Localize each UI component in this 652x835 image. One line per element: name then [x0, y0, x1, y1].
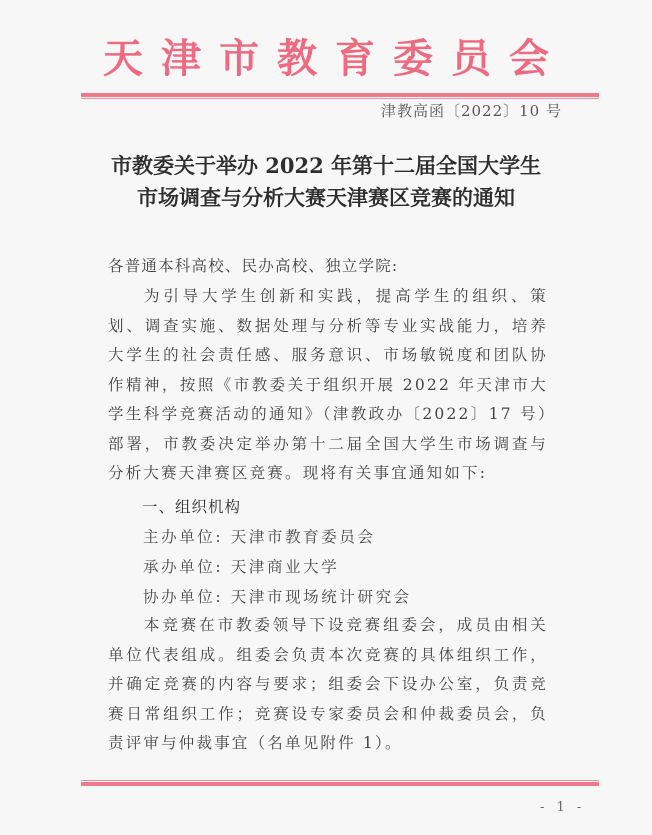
- paragraph-intro: 为引导大学生创新和实践，提高学生的组织、策划、调查实施、数据处理与分析等专业实战…: [108, 282, 548, 489]
- document-title: 市教委关于举办 2022 年第十二届全国大学生 市场调查与分析大赛天津赛区竞赛的…: [0, 150, 652, 214]
- document-number: 津教高函〔2022〕10 号: [381, 100, 562, 121]
- organizer-value: 天津市教育委员会: [231, 528, 376, 546]
- co-organizer-label: 协办单位:: [143, 588, 223, 606]
- red-rule-thick: [81, 93, 599, 97]
- host-label: 承办单位:: [143, 558, 223, 576]
- red-rule-thick: [81, 782, 599, 786]
- paragraph-committee: 本竞赛在市教委领导下设竞赛组委会，成员由相关单位代表组成。组委会负责本次竞赛的具…: [108, 611, 548, 759]
- issuer-masthead: 天津市教育委员会: [0, 34, 652, 84]
- footer-red-rule: [81, 780, 599, 786]
- organizer-label: 主办单位:: [143, 528, 223, 546]
- red-rule-thin: [81, 780, 599, 781]
- section-heading-organization: 一、组织机构: [142, 495, 241, 517]
- document-page: 天津市教育委员会 津教高函〔2022〕10 号 市教委关于举办 2022 年第十…: [0, 0, 652, 835]
- red-rule-thin: [81, 98, 599, 99]
- title-line-2: 市场调查与分析大赛天津赛区竞赛的通知: [0, 182, 652, 214]
- host-value: 天津商业大学: [231, 558, 340, 576]
- co-organizer-value: 天津市现场统计研究会: [231, 588, 412, 606]
- host-line: 承办单位: 天津商业大学: [143, 555, 339, 577]
- co-organizer-line: 协办单位: 天津市现场统计研究会: [143, 585, 412, 607]
- organizer-line: 主办单位: 天津市教育委员会: [143, 525, 376, 547]
- header-red-rule: [81, 93, 599, 99]
- salutation: 各普通本科高校、民办高校、独立学院:: [108, 252, 548, 282]
- title-line-1: 市教委关于举办 2022 年第十二届全国大学生: [0, 150, 652, 182]
- page-number: - 1 -: [540, 800, 585, 815]
